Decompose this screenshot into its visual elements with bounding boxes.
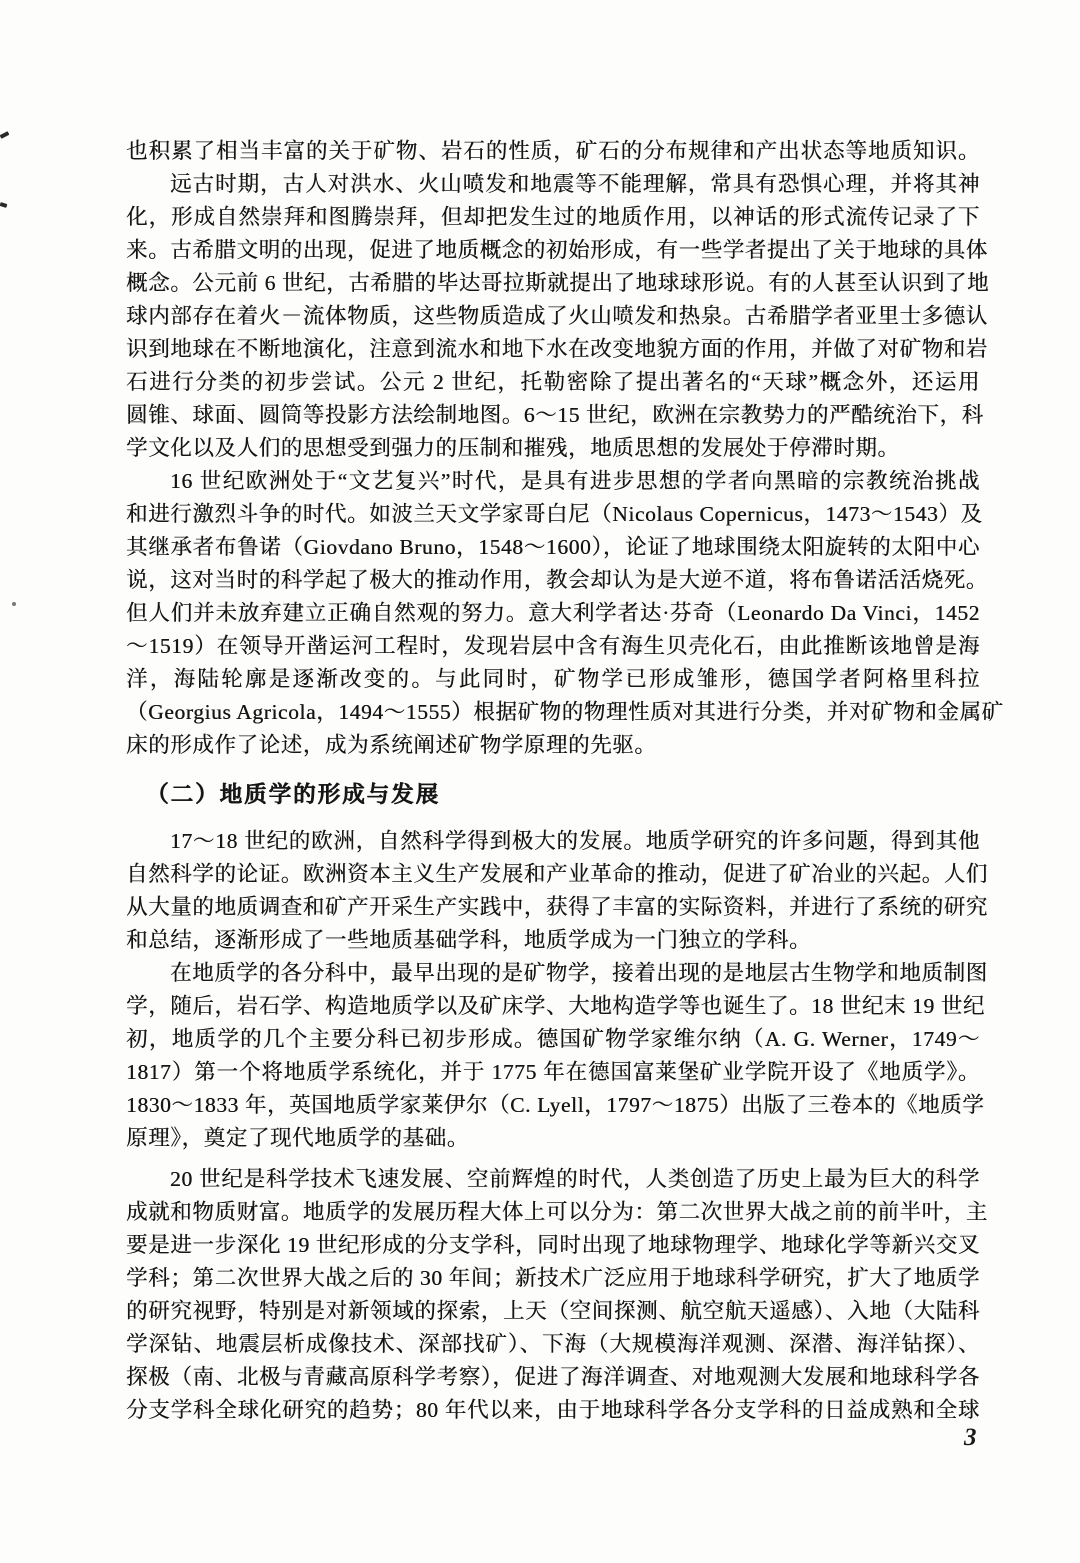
text-line: 床的形成作了论述，成为系统阐述矿物学原理的先驱。: [126, 729, 980, 762]
text-line: 分支学科全球化研究的趋势；80 年代以来，由于地球科学各分支学科的日益成熟和全球: [126, 1394, 980, 1427]
text-line: 识到地球在不断地演化，注意到流水和地下水在改变地貌方面的作用，并做了对矿物和岩: [126, 333, 980, 366]
text-line: 远古时期，古人对洪水、火山喷发和地震等不能理解，常具有恐惧心理，并将其神: [126, 168, 980, 201]
text-line: 学，随后，岩石学、构造地质学以及矿床学、大地构造学等也诞生了。18 世纪末 19…: [126, 990, 980, 1023]
text-line: 学深钻、地震层析成像技术、深部找矿）、下海（大规模海洋观测、深潜、海洋钻探）、: [126, 1328, 980, 1361]
text-line: 其继承者布鲁诺（Giovdano Bruno，1548～1600），论证了地球围…: [126, 531, 980, 564]
text-line: 要是进一步深化 19 世纪形成的分支学科，同时出现了地球物理学、地球化学等新兴交…: [126, 1229, 980, 1262]
text-line: 自然科学的论证。欧洲资本主义生产发展和产业革命的推动，促进了矿冶业的兴起。人们: [126, 858, 980, 891]
text-line: 化，形成自然崇拜和图腾崇拜，但却把发生过的地质作用，以神话的形式流传记录了下: [126, 201, 980, 234]
text-line: 也积累了相当丰富的关于矿物、岩石的性质，矿石的分布规律和产出状态等地质知识。: [126, 135, 980, 168]
text-line: 17～18 世纪的欧洲，自然科学得到极大的发展。地质学研究的许多问题，得到其他: [126, 825, 980, 858]
text-line: 概念。公元前 6 世纪，古希腊的毕达哥拉斯就提出了地球球形说。有的人甚至认识到了…: [126, 267, 980, 300]
text-line: 1830～1833 年，英国地质学家莱伊尔（C. Lyell，1797～1875…: [126, 1089, 980, 1122]
text-line: 说，这对当时的科学起了极大的推动作用，教会却认为是大逆不道，将布鲁诺活活烧死。: [126, 564, 980, 597]
text-line: 学文化以及人们的思想受到强力的压制和摧残，地质思想的发展处于停滞时期。: [126, 432, 980, 465]
text-line: 20 世纪是科学技术飞速发展、空前辉煌的时代，人类创造了历史上最为巨大的科学: [126, 1163, 980, 1196]
scanned-book-page: 也积累了相当丰富的关于矿物、岩石的性质，矿石的分布规律和产出状态等地质知识。远古…: [0, 0, 1080, 1563]
section-heading: （二）地质学的形成与发展: [126, 778, 980, 811]
text-line: 初，地质学的几个主要分科已初步形成。德国矿物学家维尔纳（A. G. Werner…: [126, 1023, 980, 1056]
text-line: 原理》，奠定了现代地质学的基础。: [126, 1122, 980, 1155]
text-line: ～1519）在领导开凿运河工程时，发现岩层中含有海生贝壳化石，由此推断该地曾是海: [126, 630, 980, 663]
text-line: 来。古希腊文明的出现，促进了地质概念的初始形成，有一些学者提出了关于地球的具体: [126, 234, 980, 267]
body-text: 也积累了相当丰富的关于矿物、岩石的性质，矿石的分布规律和产出状态等地质知识。远古…: [126, 135, 980, 1427]
text-line: 洋，海陆轮廓是逐渐改变的。与此同时，矿物学已形成雏形，德国学者阿格里科拉: [126, 663, 980, 696]
text-line: 探极（南、北极与青藏高原科学考察），促进了海洋调查、对地观测大发展和地球科学各: [126, 1361, 980, 1394]
text-line: （Georgius Agricola，1494～1555）根据矿物的物理性质对其…: [126, 696, 980, 729]
text-line: 和进行激烈斗争的时代。如波兰天文学家哥白尼（Nicolaus Copernicu…: [126, 498, 980, 531]
text-line: 球内部存在着火－流体物质，这些物质造成了火山喷发和热泉。古希腊学者亚里士多德认: [126, 300, 980, 333]
scan-speck-artifact: [12, 602, 16, 606]
text-line: 16 世纪欧洲处于“文艺复兴”时代，是具有进步思想的学者向黑暗的宗教统治挑战: [126, 465, 980, 498]
text-line: 成就和物质财富。地质学的发展历程大体上可以分为：第二次世界大战之前的前半叶，主: [126, 1196, 980, 1229]
text-line: 在地质学的各分科中，最早出现的是矿物学，接着出现的是地层古生物学和地质制图: [126, 957, 980, 990]
scan-edge-artifact: [0, 131, 9, 139]
text-line: 圆锥、球面、圆筒等投影方法绘制地图。6～15 世纪，欧洲在宗教势力的严酷统治下，…: [126, 399, 980, 432]
text-line: 的研究视野，特别是对新领域的探索，上天（空间探测、航空航天遥感）、入地（大陆科: [126, 1295, 980, 1328]
text-line: 学科；第二次世界大战之后的 30 年间；新技术广泛应用于地球科学研究，扩大了地质…: [126, 1262, 980, 1295]
text-line: 从大量的地质调查和矿产开采生产实践中，获得了丰富的实际资料，并进行了系统的研究: [126, 891, 980, 924]
scan-edge-artifact: [0, 202, 7, 208]
text-line: 1817）第一个将地质学系统化，并于 1775 年在德国富莱堡矿业学院开设了《地…: [126, 1056, 980, 1089]
text-line: 但人们并未放弃建立正确自然观的努力。意大利学者达·芬奇（Leonardo Da …: [126, 597, 980, 630]
text-line: 和总结，逐渐形成了一些地质基础学科，地质学成为一门独立的学科。: [126, 924, 980, 957]
text-line: 石进行分类的初步尝试。公元 2 世纪，托勒密除了提出著名的“天球”概念外，还运用: [126, 366, 980, 399]
page-number: 3: [964, 1424, 977, 1452]
